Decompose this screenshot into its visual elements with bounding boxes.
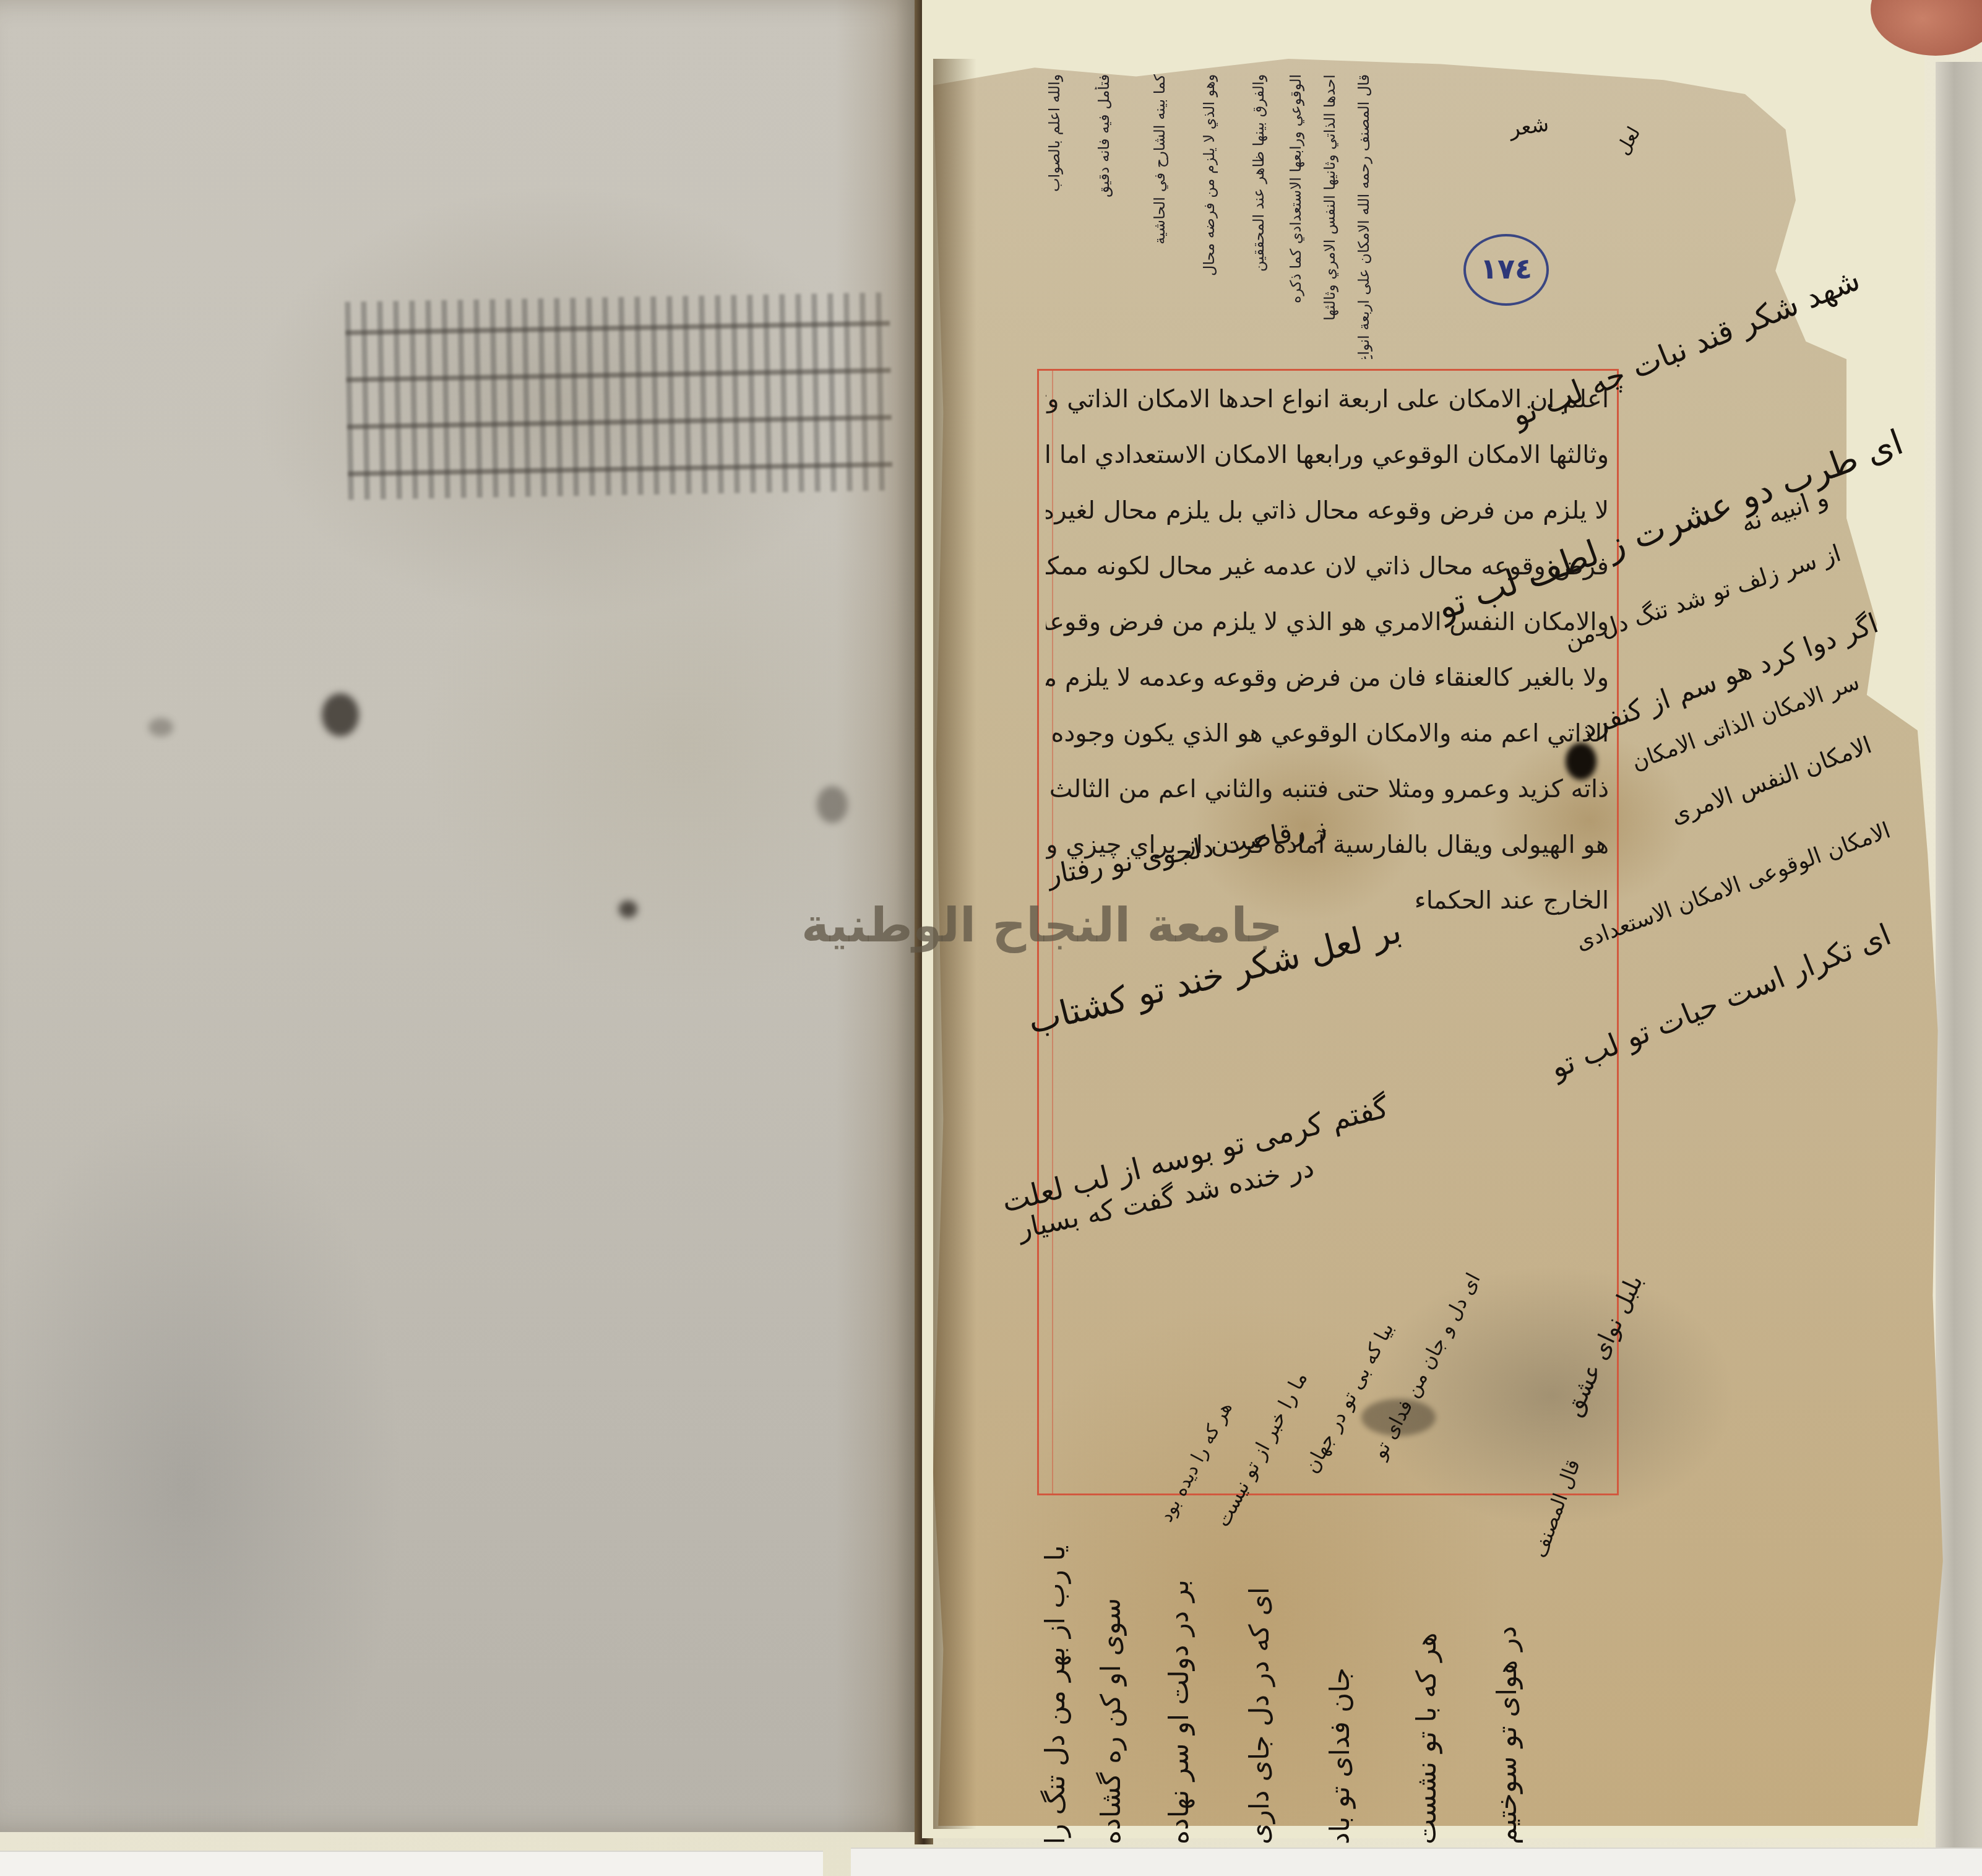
bottom-margin-column: سوی او کن ره گشاده [1095,1523,1128,1844]
ink-stain [322,693,359,737]
text-line: ذاته كزيد وعمرو ومثلا حتى فتنبه والثاني … [1046,761,1609,817]
library-shelfmark-stamp: ١٧٤ [1463,234,1549,306]
left-page-blank-leaf [0,0,922,1832]
ink-stain [619,901,637,918]
library-watermark: جامعة النجاح الوطنية [801,897,1283,953]
foam-support-left [0,1851,823,1876]
text-line: وثالثها الامكان الوقوعي ورابعها الامكان … [1046,427,1609,483]
ink-bleed-through [345,292,892,499]
text-line: الذاتي اعم منه والامكان الوقوعي هو الذي … [1046,706,1609,761]
bottom-margin-column: بر در دولت او سر نهاده [1163,1523,1196,1844]
bottom-margin-column: جان فدای تو باد [1324,1523,1357,1844]
foam-support-right [851,1848,1982,1876]
bottom-margin-column: ای که در دل جای داری [1244,1523,1277,1844]
ink-stain [149,718,173,737]
top-margin-annotations: قال المصنف رحمه الله الامكان على اربعة ا… [990,74,1374,359]
text-line: والامكان النفس الامري هو الذي لا يلزم من… [1046,594,1609,650]
ink-blot [1361,1399,1436,1436]
page-edge-strip [1936,62,1982,1875]
margin-note-column: الوقوعي ورابعها الاستعدادي كما ذكره [1286,74,1306,359]
margin-note-column: قال المصنف رحمه الله الامكان على اربعة ا… [1355,74,1374,359]
margin-note-column: والفرق بينها ظاهر عند المحققين [1249,74,1269,359]
margin-note-column: كما بينه الشارح في الحاشية [1150,74,1170,359]
margin-note-column: احدها الذاتي وثانيها النفس الامري وثالثه… [1321,74,1340,359]
ink-stain [817,786,848,823]
text-line: ولا بالغير كالعنقاء فان من فرض وقوعه وعد… [1046,650,1609,706]
margin-note-column: وهو الذي لا يلزم من فرضه محال [1200,74,1219,359]
bottom-margin-column: یا رب از بهر من دل تنگ را [1040,1523,1072,1844]
bottom-margin-column: در هوای تو سوختیم [1491,1523,1524,1844]
ink-blot [1566,743,1596,780]
margin-note-column: والله اعلم بالصواب [1045,74,1064,359]
bottom-margin-column: هر که با تو نشست [1411,1523,1444,1844]
margin-note-column: فتأمل فيه فانه دقيق [1095,74,1114,359]
text-line: لا يلزم من فرض وقوعه محال ذاتي بل يلزم م… [1046,483,1609,538]
